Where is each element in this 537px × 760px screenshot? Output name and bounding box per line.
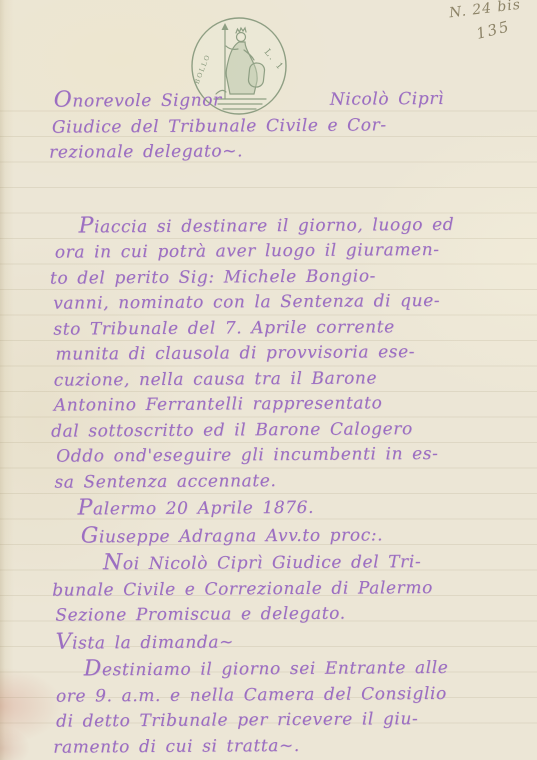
manuscript-line: Giudice del Tribunale Civile e Cor-: [52, 112, 521, 141]
manuscript-line: Antonino Ferrantelli rappresentato: [54, 390, 523, 419]
manuscript-line: Vista la dimanda~: [55, 626, 524, 657]
manuscript-line: Onorevole Signor Nicolò Ciprì: [54, 84, 521, 115]
manuscript-text: Onorevole Signor Nicolò Ciprì Giudice de…: [52, 84, 526, 760]
manuscript-line: vanni, nominato con la Sentenza di que-: [53, 288, 522, 317]
manuscript-line: munita di clausola di provvisoria ese-: [55, 339, 522, 368]
manuscript-line: Piaccia si destinare il giorno, luogo ed: [53, 210, 522, 241]
manuscript-line: rezionale delegato~.: [49, 137, 521, 166]
manuscript-line: cuzione, nella causa tra il Barone: [54, 365, 523, 394]
manuscript-line: Oddo ond'eseguire gli incumbenti in es-: [56, 441, 523, 470]
manuscript-line: ramento di cui si tratta~.: [53, 732, 525, 760]
manuscript-line: dal sottoscritto ed il Barone Calogero: [51, 416, 523, 445]
manuscript-line: Sezione Promiscua e delegato.: [55, 600, 524, 629]
manuscript-line: di detto Tribunale per ricevere il giu-: [56, 706, 525, 735]
paper-background: N. 24 bis 135 L. 1 BOLLO Onorevole Signo…: [0, 0, 537, 760]
manuscript-line: to del perito Sig: Michele Bongio-: [50, 263, 522, 292]
scanned-manuscript-page: { "annotations": { "top_right_number": "…: [0, 0, 537, 760]
manuscript-signature-line: Giuseppe Adragna Avv.to proc:.: [55, 520, 524, 551]
manuscript-line: sto Tribunale del 7. Aprile corrente: [53, 314, 522, 343]
manuscript-line: ora in cui potrà aver luogo il giuramen-: [55, 237, 522, 266]
manuscript-line: ore 9. a.m. e nella Camera del Consiglio: [56, 681, 525, 710]
manuscript-line: bunale Civile e Correzionale di Palermo: [52, 575, 524, 604]
pencil-annotation-number: N. 24 bis: [448, 0, 522, 21]
manuscript-line: sa Sentenza accennate.: [54, 467, 523, 496]
manuscript-line: Destiniamo il giorno sei Entrante alle: [58, 653, 525, 684]
manuscript-line: Noi Nicolò Ciprì Giudice del Tri-: [57, 547, 524, 578]
manuscript-date-line: Palermo 20 Aprile 1876.: [52, 492, 524, 523]
pencil-annotation-folio: 135: [475, 17, 513, 43]
